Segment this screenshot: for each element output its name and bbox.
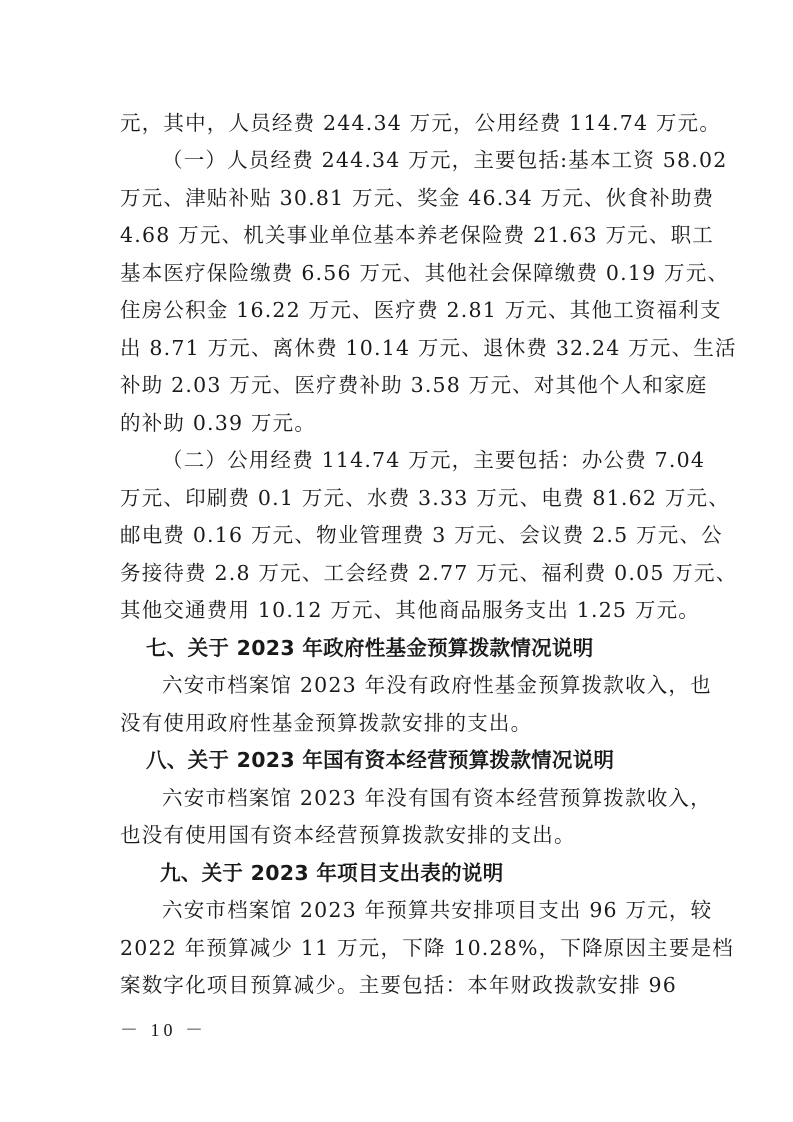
- section-heading-8: 八、关于 2023 年国有资本经营预算拨款情况说明: [146, 745, 706, 775]
- paragraph-line: 万元、印刷费 0.1 万元、水费 3.33 万元、电费 81.62 万元、: [120, 483, 680, 513]
- paragraph-line: （二）公用经费 114.74 万元，主要包括：办公费 7.04: [162, 445, 722, 475]
- paragraph-line: 其他交通费用 10.12 万元、其他商品服务支出 1.25 万元。: [120, 595, 680, 625]
- paragraph-line: 2022 年预算减少 11 万元，下降 10.28%，下降原因主要是档: [120, 933, 680, 963]
- paragraph-line: 的补助 0.39 万元。: [120, 408, 680, 438]
- section-heading-9: 九、关于 2023 年项目支出表的说明: [160, 858, 720, 888]
- paragraph-line: 务接待费 2.8 万元、工会经费 2.77 万元、福利费 0.05 万元、: [120, 558, 680, 588]
- paragraph-line: 补助 2.03 万元、医疗费补助 3.58 万元、对其他个人和家庭: [120, 370, 680, 400]
- paragraph-line: 六安市档案馆 2023 年没有国有资本经营预算拨款收入，: [162, 783, 722, 813]
- paragraph-line: 六安市档案馆 2023 年没有政府性基金预算拨款收入，也: [162, 670, 722, 700]
- paragraph-line: 4.68 万元、机关事业单位基本养老保险费 21.63 万元、职工: [120, 220, 680, 250]
- paragraph-line: 住房公积金 16.22 万元、医疗费 2.81 万元、其他工资福利支: [120, 295, 680, 325]
- page-number: － 10 －: [120, 1018, 207, 1042]
- paragraph-line: 元，其中，人员经费 244.34 万元，公用经费 114.74 万元。: [120, 108, 680, 138]
- paragraph-line: 也没有使用国有资本经营预算拨款安排的支出。: [120, 820, 680, 850]
- section-heading-7: 七、关于 2023 年政府性基金预算拨款情况说明: [146, 633, 706, 663]
- paragraph-line: 案数字化项目预算减少。主要包括：本年财政拨款安排 96: [120, 970, 680, 1000]
- document-page: 元，其中，人员经费 244.34 万元，公用经费 114.74 万元。 （一）人…: [0, 0, 793, 1122]
- paragraph-line: 出 8.71 万元、离休费 10.14 万元、退休费 32.24 万元、生活: [120, 333, 680, 363]
- paragraph-line: 没有使用政府性基金预算拨款安排的支出。: [120, 708, 680, 738]
- paragraph-line: （一）人员经费 244.34 万元，主要包括:基本工资 58.02: [162, 145, 722, 175]
- paragraph-line: 基本医疗保险缴费 6.56 万元、其他社会保障缴费 0.19 万元、: [120, 258, 680, 288]
- paragraph-line: 邮电费 0.16 万元、物业管理费 3 万元、会议费 2.5 万元、公: [120, 520, 680, 550]
- paragraph-line: 六安市档案馆 2023 年预算共安排项目支出 96 万元，较: [162, 895, 722, 925]
- paragraph-line: 万元、津贴补贴 30.81 万元、奖金 46.34 万元、伙食补助费: [120, 183, 680, 213]
